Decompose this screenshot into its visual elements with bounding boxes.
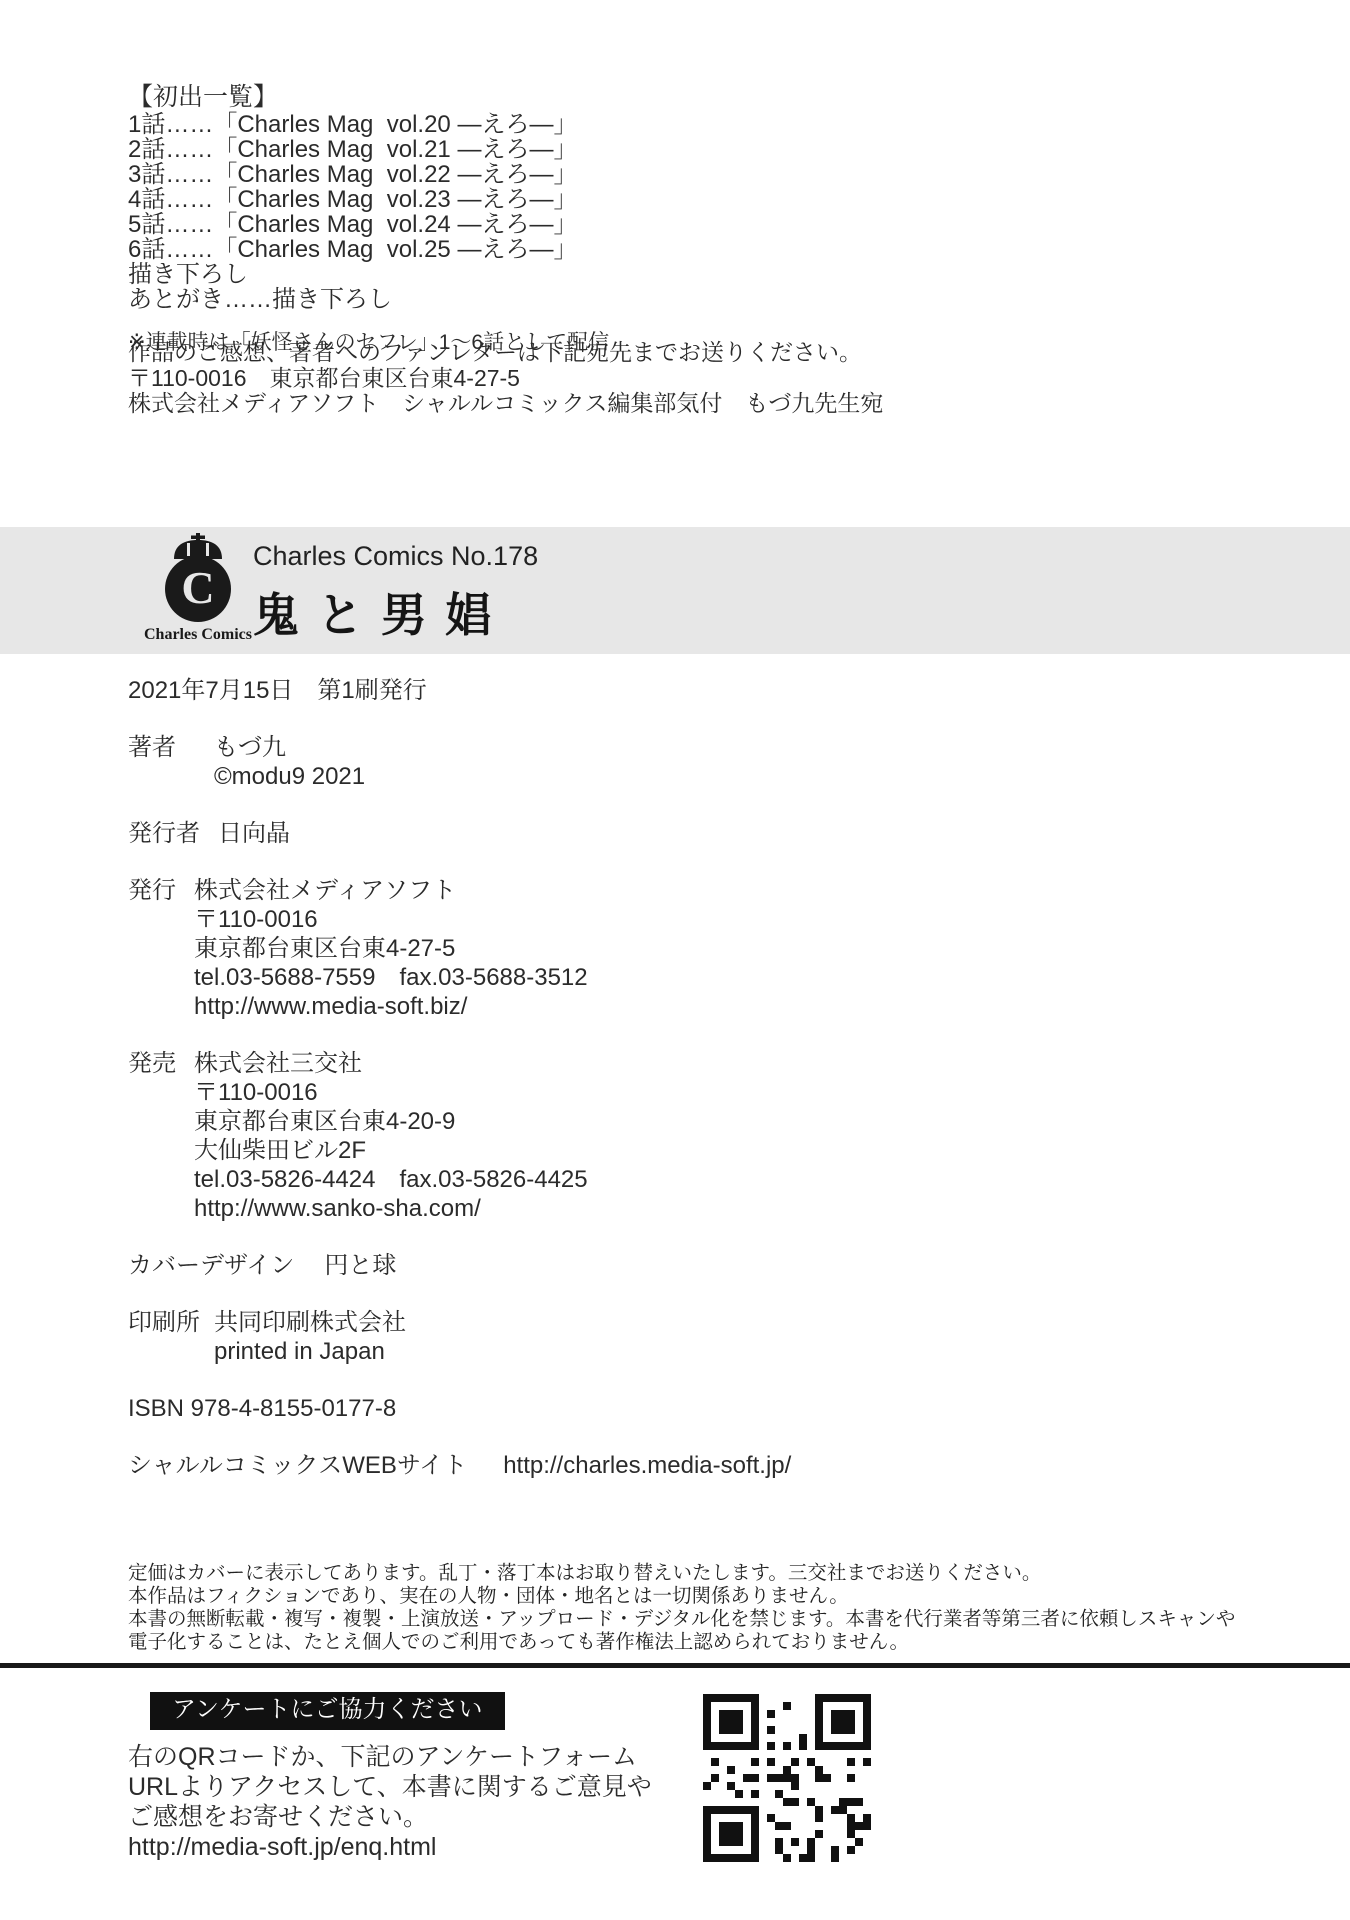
author-copyright: ©modu9 2021	[214, 762, 365, 791]
printer-name: 共同印刷株式会社	[214, 1308, 406, 1337]
survey-line: 右のQRコードか、下記のアンケートフォーム	[128, 1742, 652, 1772]
publisher-row: 発行 株式会社メディアソフト 〒110-0016 東京都台東区台東4-27-5 …	[128, 876, 791, 1021]
fan-letter-section: 作品のご感想、著者へのファンレターは下記宛先までお送りください。 〒110-00…	[128, 340, 883, 417]
fan-letter-line: 作品のご感想、著者へのファンレターは下記宛先までお送りください。	[128, 340, 883, 366]
seller-building: 大仙柴田ビル2F	[194, 1136, 588, 1165]
first-appearance-item: 描き下ろし	[128, 262, 609, 287]
issuer-row: 発行者 日向晶	[128, 819, 791, 848]
issuer-label: 発行者	[128, 819, 218, 848]
first-appearance-item: 2話……「Charles Mag vol.21 ―えろ―」	[128, 137, 609, 162]
seller-postal: 〒110-0016	[194, 1078, 588, 1107]
seller-tel-fax: tel.03-5826-4424 fax.03-5826-4425	[194, 1165, 588, 1194]
qr-code	[703, 1694, 871, 1862]
author-row: 著者 もづ九 ©modu9 2021	[128, 733, 791, 791]
publisher-label: 発行	[128, 876, 194, 1021]
legal-line: 本作品はフィクションであり、実在の人物・団体・地名とは一切関係ありません。	[128, 1585, 1235, 1608]
print-date: 2021年7月15日 第1刷発行	[128, 676, 791, 705]
charles-comics-logo: C Charles Comics	[140, 533, 256, 644]
first-appearance-item: 3話……「Charles Mag vol.22 ―えろ―」	[128, 162, 609, 187]
series-number: Charles Comics No.178	[253, 541, 538, 571]
survey-banner: アンケートにご協力ください	[150, 1692, 505, 1730]
legal-section: 定価はカバーに表示してあります。乱丁・落丁本はお取り替えいたします。三交社までお…	[128, 1562, 1235, 1654]
first-appearance-section: 【初出一覧】 1話……「Charles Mag vol.20 ―えろ―」 2話……	[128, 84, 609, 356]
fan-letter-line: 株式会社メディアソフト シャルルコミックス編集部気付 もづ九先生宛	[128, 391, 883, 417]
publisher-url: http://www.media-soft.biz/	[194, 992, 588, 1021]
isbn: ISBN 978-4-8155-0177-8	[128, 1394, 791, 1423]
survey-line: ご感想をお寄せください。	[128, 1802, 652, 1832]
printer-row: 印刷所 共同印刷株式会社 printed in Japan	[128, 1308, 791, 1366]
seller-url: http://www.sanko-sha.com/	[194, 1194, 588, 1223]
seller-name: 株式会社三交社	[194, 1049, 588, 1078]
first-appearance-item: あとがき……描き下ろし	[128, 287, 609, 312]
cover-design-label: カバーデザイン	[128, 1251, 294, 1280]
seller-label: 発売	[128, 1049, 194, 1223]
seller-address: 東京都台東区台東4-20-9	[194, 1107, 588, 1136]
banner-text: Charles Comics No.178 鬼と男娼	[253, 541, 538, 645]
publisher-postal: 〒110-0016	[194, 905, 588, 934]
website-label: シャルルコミックスWEBサイト	[128, 1451, 467, 1480]
logo-letter: C	[181, 565, 214, 611]
book-title: 鬼と男娼	[253, 579, 538, 645]
publisher-name: 株式会社メディアソフト	[194, 876, 588, 905]
first-appearance-heading: 【初出一覧】	[128, 84, 609, 110]
publisher-tel-fax: tel.03-5688-7559 fax.03-5688-3512	[194, 963, 588, 992]
first-appearance-item: 6話……「Charles Mag vol.25 ―えろ―」	[128, 237, 609, 262]
printed-in: printed in Japan	[214, 1337, 406, 1366]
issuer-name: 日向晶	[218, 819, 290, 848]
divider-rule	[0, 1663, 1350, 1668]
title-banner: C Charles Comics Charles Comics No.178 鬼…	[0, 527, 1350, 654]
survey-line: URLよりアクセスして、本書に関するご意見や	[128, 1772, 652, 1802]
website-url: http://charles.media-soft.jp/	[503, 1451, 791, 1480]
author-label: 著者	[128, 733, 214, 791]
logo-caption: Charles Comics	[144, 626, 252, 644]
cover-design-name: 円と球	[324, 1251, 396, 1280]
legal-line: 定価はカバーに表示してあります。乱丁・落丁本はお取り替えいたします。三交社までお…	[128, 1562, 1235, 1585]
logo-disc: C	[165, 556, 231, 622]
fan-letter-line: 〒110-0016 東京都台東区台東4-27-5	[128, 366, 883, 392]
survey-url: http://media-soft.jp/enq.html	[128, 1832, 652, 1862]
first-appearance-item: 1話……「Charles Mag vol.20 ―えろ―」	[128, 112, 609, 137]
first-appearance-item: 4話……「Charles Mag vol.23 ―えろ―」	[128, 187, 609, 212]
seller-row: 発売 株式会社三交社 〒110-0016 東京都台東区台東4-20-9 大仙柴田…	[128, 1049, 791, 1223]
legal-line: 本書の無断転載・複写・複製・上演放送・アップロード・デジタル化を禁じます。本書を…	[128, 1608, 1235, 1631]
cover-design-row: カバーデザイン 円と球	[128, 1251, 791, 1280]
survey-section: 右のQRコードか、下記のアンケートフォーム URLよりアクセスして、本書に関する…	[128, 1742, 652, 1862]
website-row: シャルルコミックスWEBサイト http://charles.media-sof…	[128, 1451, 791, 1480]
first-appearance-item: 5話……「Charles Mag vol.24 ―えろ―」	[128, 212, 609, 237]
author-name: もづ九	[214, 733, 365, 762]
printer-label: 印刷所	[128, 1308, 214, 1366]
publisher-address: 東京都台東区台東4-27-5	[194, 934, 588, 963]
legal-line: 電子化することは、たとえ個人でのご利用であっても著作権法上認められておりません。	[128, 1631, 1235, 1654]
colophon-section: 2021年7月15日 第1刷発行 著者 もづ九 ©modu9 2021 発行者 …	[128, 676, 791, 1508]
